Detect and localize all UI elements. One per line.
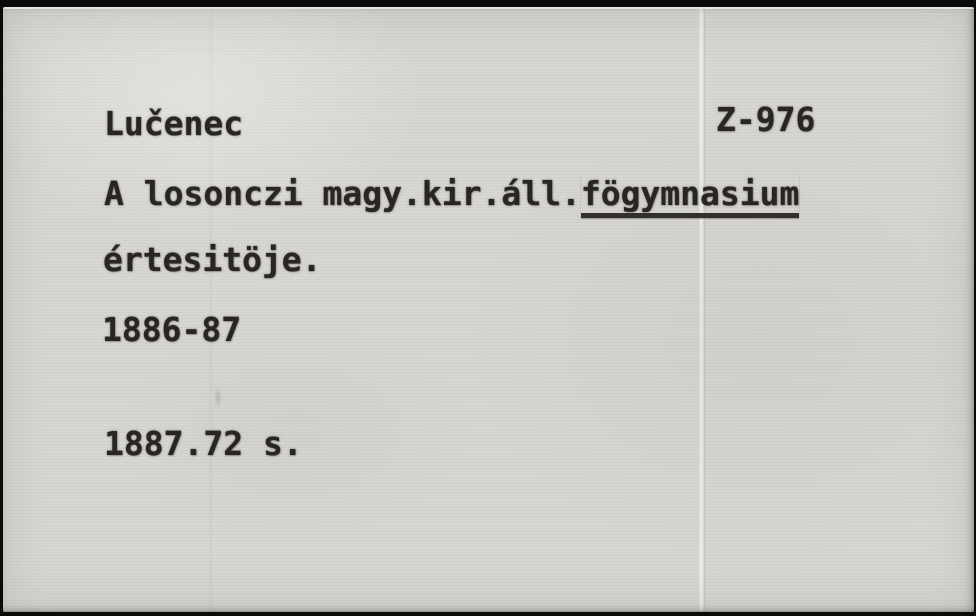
title-underlined-word: fögymnasium (581, 174, 800, 218)
title-line-1: A losonczi magy.kir.áll.fögymnasium (104, 176, 799, 212)
scan-frame: Lučenec Z-976 A losonczi magy.kir.áll.fö… (0, 0, 976, 616)
imprint: 1887.72 s. (104, 426, 303, 462)
scan-corner-notch (950, 0, 976, 14)
year-range: 1886-87 (102, 312, 241, 348)
title-prefix: A losonczi magy.kir.áll. (104, 174, 581, 213)
call-number: Z-976 (716, 102, 815, 138)
card-heading: Lučenec (104, 106, 243, 142)
title-line-2: értesitöje. (103, 242, 322, 278)
